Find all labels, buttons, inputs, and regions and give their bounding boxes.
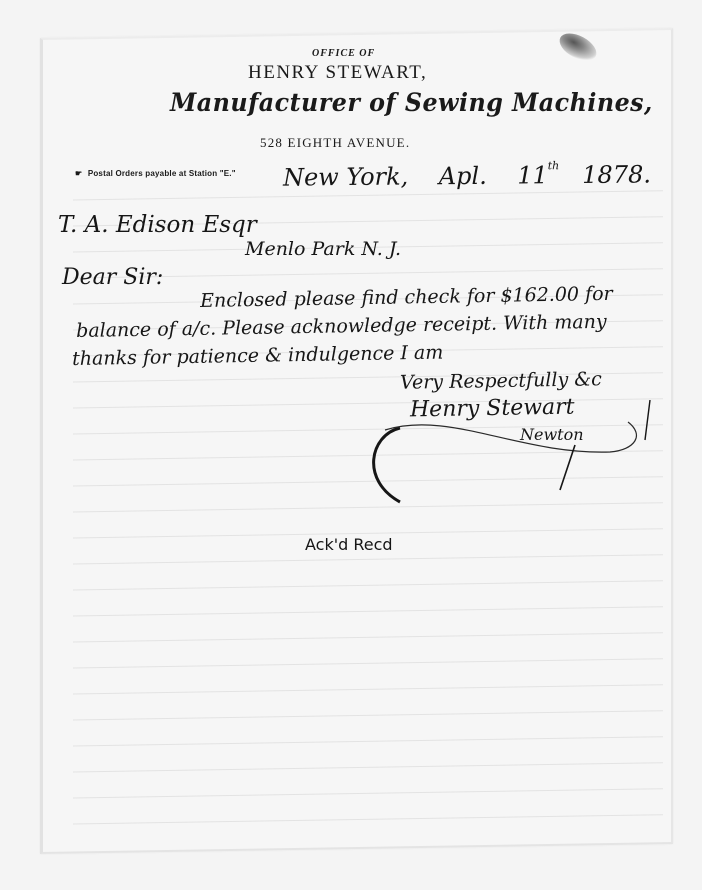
dateline-place: New York,	[283, 163, 408, 192]
letterhead-address: 528 EIGHTH AVENUE.	[260, 135, 410, 151]
postal-note: ☛ Postal Orders payable at Station "E."	[75, 169, 236, 178]
dateline-month: Apl.	[439, 162, 487, 190]
ruled-line	[73, 190, 663, 200]
ruled-line	[73, 554, 663, 564]
letterhead-company-name: HENRY STEWART,	[248, 62, 427, 84]
closing: Very Respectfully &c	[400, 368, 602, 394]
recipient-location: Menlo Park N. J.	[245, 238, 401, 260]
receipt-annotation: Ack'd Recd	[305, 535, 393, 554]
dateline: New York, Apl. 11th 1878.	[283, 158, 651, 191]
ruled-line	[73, 606, 663, 616]
ruled-line	[73, 814, 663, 824]
ruled-line	[73, 658, 663, 668]
recipient-name: T. A. Edison Esqr	[58, 212, 257, 238]
greeting: Dear Sir:	[62, 265, 163, 290]
letterhead-tagline: Manufacturer of Sewing Machines,	[170, 88, 653, 117]
ruled-line	[73, 632, 663, 642]
ruled-line	[73, 736, 663, 746]
signature-flourish-icon	[360, 400, 660, 510]
ruled-line	[73, 788, 663, 798]
ruled-line	[73, 580, 663, 590]
pointing-hand-icon: ☛	[75, 169, 82, 178]
ruled-line	[73, 762, 663, 772]
dateline-day: 11	[517, 161, 548, 189]
dateline-day-suffix: th	[548, 159, 560, 172]
ruled-line	[73, 684, 663, 694]
letterhead-office-of: OFFICE OF	[312, 48, 375, 59]
dateline-year: 1878.	[582, 160, 651, 189]
ruled-line	[73, 710, 663, 720]
postal-note-text: Postal Orders payable at Station "E."	[88, 169, 236, 178]
